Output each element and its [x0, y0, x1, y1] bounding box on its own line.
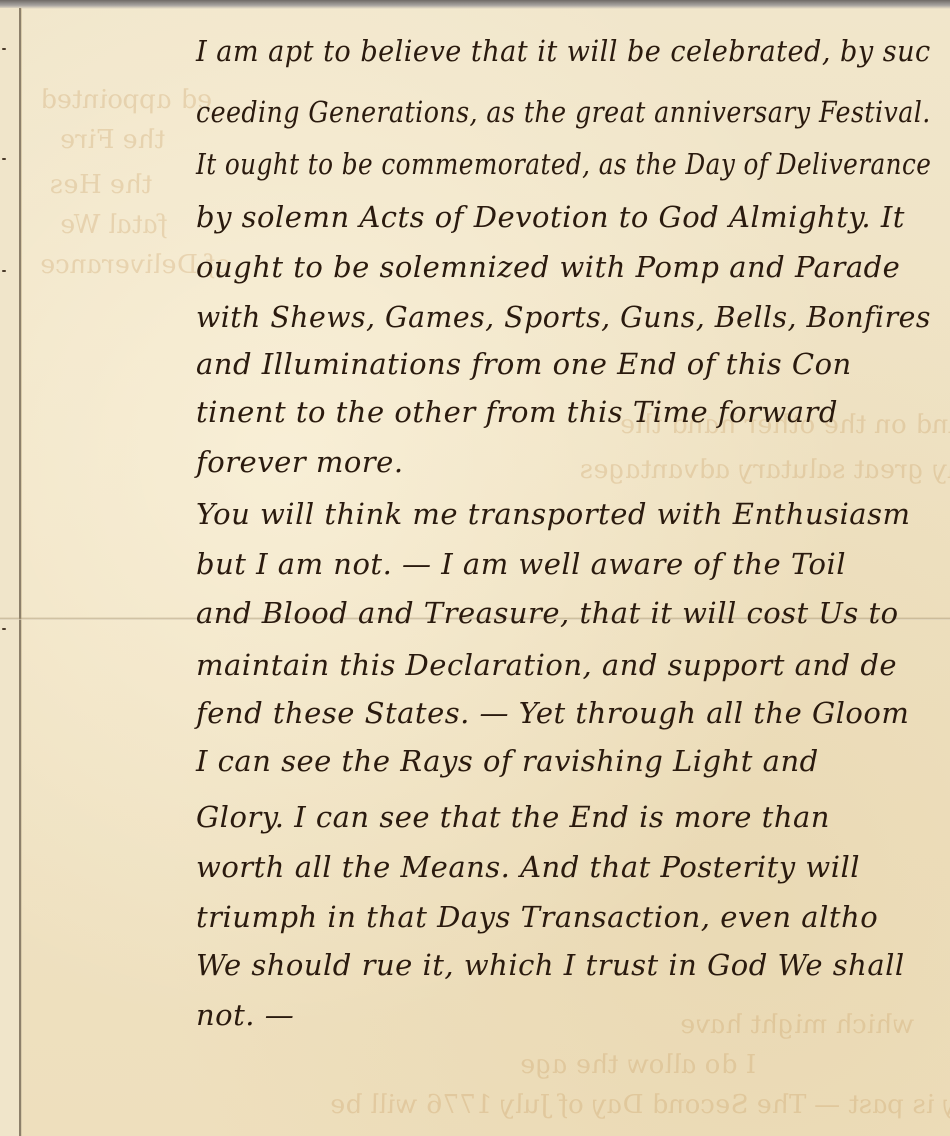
handwritten-line: triumph in that Days Transaction, even a… — [196, 900, 878, 934]
handwritten-line: worth all the Means. And that Posterity … — [196, 850, 860, 884]
page-top-edge — [0, 0, 950, 9]
ink-mark — [2, 48, 6, 50]
handwritten-line: with Shews, Games, Sports, Guns, Bells, … — [196, 300, 931, 334]
handwritten-line: forever more. — [196, 445, 404, 479]
handwritten-line: ceeding Generations, as the great annive… — [196, 95, 931, 129]
ink-mark — [2, 270, 6, 272]
ink-mark — [2, 158, 6, 160]
ink-mark — [2, 628, 6, 630]
handwritten-line: We should rue it, which I trust in God W… — [196, 948, 905, 982]
handwritten-line: and Illuminations from one End of this C… — [196, 347, 852, 381]
handwritten-line: fend these States. — Yet through all the… — [196, 696, 909, 730]
handwritten-line: ought to be solemnized with Pomp and Par… — [196, 250, 900, 284]
handwritten-line: but I am not. — I am well aware of the T… — [196, 547, 846, 581]
handwritten-line: You will think me transported with Enthu… — [196, 497, 910, 531]
handwritten-line: It ought to be commemorated, as the Day … — [196, 147, 931, 181]
adjacent-page-leaf — [0, 8, 21, 1136]
handwritten-line: tinent to the other from this Time forwa… — [196, 395, 838, 429]
handwritten-line: Glory. I can see that the End is more th… — [196, 800, 830, 834]
handwritten-line: I can see the Rays of ravishing Light an… — [196, 744, 819, 778]
handwritten-line: and Blood and Treasure, that it will cos… — [196, 596, 899, 630]
handwritten-line: maintain this Declaration, and support a… — [196, 648, 897, 682]
handwritten-line: not. — — [196, 998, 294, 1032]
handwritten-line: I am apt to believe that it will be cele… — [196, 34, 931, 68]
handwritten-line: by solemn Acts of Devotion to God Almigh… — [196, 200, 905, 234]
